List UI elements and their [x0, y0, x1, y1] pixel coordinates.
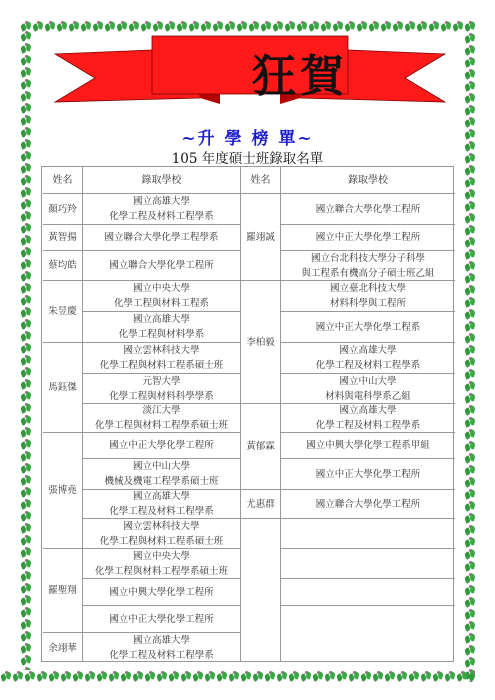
admitted-school-text: 化學工程與材料工程學系碩士班	[95, 418, 228, 433]
admitted-school: 國立中山大學材料與電科學系乙組	[281, 373, 455, 403]
admitted-school: 國立臺北科技大學材料科學與工程所	[281, 280, 455, 311]
holly-leaf-icon	[20, 66, 32, 78]
holly-leaf-icon	[20, 378, 32, 390]
table-title: 105 年度碩士班錄取名單	[0, 147, 495, 167]
admitted-school-text: 國立中興大學化學工程系甲組	[306, 438, 430, 453]
header-school-text: 錄取學校	[142, 173, 182, 188]
holly-leaf-icon	[312, 670, 324, 682]
admitted-school-text: 元智大學	[142, 374, 180, 389]
holly-leaf-icon	[20, 486, 32, 498]
header-school: 錄取學校	[281, 167, 455, 193]
admission-table: 姓名錄取學校姓名錄取學校顏巧羚國立高雄大學化學工程及材料工程學系黃智揚國立聯合大…	[41, 166, 454, 662]
holly-leaf-icon	[464, 416, 476, 428]
admitted-school: 國立中央大學化學工程與材料工程系	[83, 280, 240, 311]
holly-leaf-icon	[464, 320, 476, 332]
admitted-school-text: 機械及機電工程學系碩士班	[104, 474, 218, 489]
holly-leaf-icon	[240, 670, 252, 682]
holly-leaf-icon	[20, 318, 32, 330]
congratulations-ribbon-banner: 狂賀	[50, 30, 450, 110]
holly-leaf-icon	[192, 670, 204, 682]
holly-leaf-icon	[20, 642, 32, 654]
holly-leaf-icon	[180, 670, 192, 682]
holly-leaf-icon	[20, 234, 32, 246]
holly-leaf-icon	[20, 498, 32, 510]
student-name-text: 顏巧羚	[48, 202, 77, 217]
holly-leaf-icon	[20, 402, 32, 414]
holly-leaf-icon	[264, 670, 276, 682]
admitted-school: 國立中正大學化學工程所	[281, 224, 455, 250]
holly-leaf-icon	[20, 186, 32, 198]
student-name-text: 羅翊誠	[246, 230, 275, 245]
holly-leaf-icon	[20, 90, 32, 102]
admitted-school-text: 國立中興大學化學工程所	[109, 585, 214, 600]
holly-leaf-icon	[20, 354, 32, 366]
holly-leaf-icon	[464, 356, 476, 368]
holly-leaf-icon	[96, 670, 108, 682]
holly-leaf-icon	[20, 54, 32, 66]
holly-leaf-icon	[464, 284, 476, 296]
holly-leaf-icon	[452, 20, 464, 32]
admitted-school-text: 國立中正大學化學工程系	[316, 320, 421, 335]
admitted-school-text: 化學工程與材料科學學系	[109, 389, 214, 404]
header-school-text: 錄取學校	[348, 173, 388, 188]
holly-leaf-icon	[20, 366, 32, 378]
admitted-school-text: 國立聯合大學化學工程所	[109, 258, 214, 273]
admitted-school-text: 國立高雄大學	[133, 489, 190, 504]
holly-leaf-icon	[464, 296, 476, 308]
holly-leaf-icon	[464, 488, 476, 500]
holly-leaf-icon	[228, 670, 240, 682]
student-name: 黃郁霖	[241, 403, 280, 489]
holly-leaf-icon	[20, 294, 32, 306]
holly-leaf-icon	[144, 670, 156, 682]
student-name: 李柏毅	[241, 280, 280, 403]
student-name-text: 朱昱慶	[48, 304, 77, 319]
holly-leaf-icon	[464, 572, 476, 584]
holly-leaf-icon	[20, 582, 32, 594]
holly-leaf-icon	[20, 522, 32, 534]
holly-leaf-icon	[464, 560, 476, 572]
holly-leaf-icon	[20, 102, 32, 114]
student-name-text: 李柏毅	[246, 335, 275, 350]
holly-leaf-icon	[464, 536, 476, 548]
student-name: 朱昱慶	[43, 280, 82, 342]
page-subtitle: ~升 學 榜 單~	[0, 124, 495, 149]
header-school: 錄取學校	[83, 167, 240, 193]
student-name: 羅聖翔	[43, 548, 82, 632]
admitted-school-text: 國立聯合大學化學工程所	[316, 202, 421, 217]
header-name-text: 姓名	[53, 173, 73, 188]
student-name-text: 黃郁霖	[246, 439, 275, 454]
holly-leaf-icon	[464, 344, 476, 356]
holly-leaf-icon	[300, 670, 312, 682]
admitted-school: 國立中正大學化學工程所	[83, 432, 240, 458]
admitted-school-text: 與工程系有機高分子碩士班乙組	[301, 266, 434, 281]
admitted-school: 元智大學化學工程與材料科學學系	[83, 373, 240, 403]
holly-border-bottom	[0, 670, 475, 682]
admitted-school-text: 化學工程與材料工程系碩士班	[100, 534, 224, 549]
admitted-school-text: 國立中正大學化學工程所	[109, 612, 214, 627]
admitted-school: 國立雲林科技大學化學工程與材料工程系碩士班	[83, 518, 240, 548]
holly-leaf-icon	[464, 80, 476, 92]
admitted-school: 國立中央大學化學工程與材料工程學系碩士班	[83, 548, 240, 578]
admitted-school	[281, 605, 455, 632]
admitted-school-text: 材料科學與工程所	[330, 296, 406, 311]
student-name: 蔡均皓	[43, 250, 82, 280]
admitted-school-text: 國立高雄大學	[339, 343, 396, 358]
holly-leaf-icon	[168, 670, 180, 682]
admitted-school: 國立雲林科技大學化學工程與材料工程系碩士班	[83, 342, 240, 373]
admitted-school	[281, 578, 455, 605]
holly-leaf-icon	[464, 584, 476, 596]
holly-leaf-icon	[464, 332, 476, 344]
admitted-school: 國立中正大學化學工程所	[281, 458, 455, 489]
holly-leaf-icon	[60, 670, 72, 682]
student-name-text: 尤惠群	[246, 497, 275, 512]
holly-leaf-icon	[20, 246, 32, 258]
holly-leaf-icon	[464, 212, 476, 224]
holly-leaf-icon	[20, 174, 32, 186]
admitted-school: 國立高雄大學化學工程及材料工程學系	[83, 632, 240, 663]
admitted-school-text: 國立聯合大學化學工程所	[316, 497, 421, 512]
holly-leaf-icon	[464, 620, 476, 632]
holly-leaf-icon	[464, 452, 476, 464]
holly-leaf-icon	[120, 670, 132, 682]
holly-leaf-icon	[20, 606, 32, 618]
holly-leaf-icon	[20, 306, 32, 318]
holly-leaf-icon	[20, 570, 32, 582]
student-name-text: 羅聖翔	[48, 583, 77, 598]
admitted-school: 國立中興大學化學工程系甲組	[281, 432, 455, 458]
holly-leaf-icon	[464, 272, 476, 284]
admitted-school-text: 化學工程與材料學系	[119, 327, 205, 342]
holly-leaf-icon	[464, 404, 476, 416]
admitted-school: 國立中正大學化學工程系	[281, 311, 455, 342]
admitted-school-text: 國立中央大學	[133, 281, 190, 296]
admitted-school-text: 國立高雄大學	[133, 633, 190, 648]
student-name-text: 蔡均皓	[48, 258, 77, 273]
admitted-school-text: 國立中山大學	[339, 374, 396, 389]
admitted-school: 國立聯合大學化學工程學系	[83, 224, 240, 250]
holly-leaf-icon	[464, 524, 476, 536]
holly-leaf-icon	[252, 670, 264, 682]
admitted-school-text: 化學工程與材料工程系碩士班	[100, 358, 224, 373]
admitted-school-text: 化學工程與材料工程學系碩士班	[95, 564, 228, 579]
holly-leaf-icon	[20, 474, 32, 486]
holly-leaf-icon	[20, 78, 32, 90]
holly-leaf-icon	[464, 176, 476, 188]
holly-leaf-icon	[20, 594, 32, 606]
holly-leaf-icon	[464, 236, 476, 248]
holly-leaf-icon	[348, 670, 360, 682]
admitted-school: 淡江大學化學工程與材料工程學系碩士班	[83, 403, 240, 432]
holly-leaf-icon	[464, 44, 476, 56]
holly-leaf-icon	[20, 258, 32, 270]
holly-border-right	[464, 20, 476, 682]
holly-leaf-icon	[20, 630, 32, 642]
holly-leaf-icon	[360, 670, 372, 682]
admitted-school-text: 國立臺北科技大學	[330, 281, 406, 296]
admitted-school-text: 化學工程及材料工程學系	[109, 648, 214, 663]
student-name: 馬鈺傑	[43, 342, 82, 432]
holly-leaf-icon	[456, 670, 468, 682]
holly-leaf-icon	[20, 282, 32, 294]
holly-leaf-icon	[276, 670, 288, 682]
holly-leaf-icon	[20, 330, 32, 342]
holly-leaf-icon	[20, 42, 32, 54]
holly-leaf-icon	[464, 104, 476, 116]
holly-leaf-icon	[20, 534, 32, 546]
holly-leaf-icon	[20, 450, 32, 462]
admitted-school-text: 國立中正大學化學工程所	[316, 467, 421, 482]
holly-leaf-icon	[464, 656, 476, 668]
holly-leaf-icon	[0, 670, 12, 682]
holly-leaf-icon	[420, 670, 432, 682]
admitted-school-text: 國立聯合大學化學工程學系	[104, 230, 218, 245]
admitted-school	[281, 548, 455, 578]
admitted-school-text: 國立雲林科技大學	[123, 519, 199, 534]
holly-leaf-icon	[20, 390, 32, 402]
holly-leaf-icon	[464, 188, 476, 200]
student-name: 黃智揚	[43, 224, 82, 250]
admitted-school: 國立台北科技大學分子科學與工程系有機高分子碩士班乙組	[281, 250, 455, 280]
holly-leaf-icon	[464, 92, 476, 104]
header-name: 姓名	[43, 167, 82, 193]
student-name: 羅翊誠	[241, 193, 280, 280]
student-name-text: 余翊華	[48, 641, 77, 656]
admitted-school: 國立高雄大學化學工程及材料工程學系	[281, 403, 455, 432]
holly-leaf-icon	[216, 670, 228, 682]
holly-leaf-icon	[464, 512, 476, 524]
admitted-school-text: 國立雲林科技大學	[123, 343, 199, 358]
holly-leaf-icon	[444, 670, 456, 682]
student-name: 余翊華	[43, 632, 82, 663]
holly-leaf-icon	[336, 670, 348, 682]
holly-leaf-icon	[108, 670, 120, 682]
holly-leaf-icon	[464, 596, 476, 608]
admitted-school: 國立聯合大學化學工程所	[83, 250, 240, 280]
holly-leaf-icon	[156, 670, 168, 682]
admitted-school-text: 國立高雄大學	[133, 194, 190, 209]
holly-leaf-icon	[464, 500, 476, 512]
student-name-text: 張博堯	[48, 483, 77, 498]
admitted-school-text: 化學工程與材料工程系	[114, 296, 209, 311]
holly-leaf-icon	[464, 260, 476, 272]
student-name: 顏巧羚	[43, 193, 82, 224]
holly-leaf-icon	[464, 632, 476, 644]
admitted-school: 國立高雄大學化學工程與材料學系	[83, 311, 240, 342]
holly-leaf-icon	[20, 558, 32, 570]
holly-leaf-icon	[20, 654, 32, 666]
admitted-school-text: 材料與電科學系乙組	[325, 389, 411, 404]
admitted-school: 國立中正大學化學工程所	[83, 605, 240, 632]
holly-leaf-icon	[20, 270, 32, 282]
holly-leaf-icon	[464, 608, 476, 620]
holly-leaf-icon	[464, 440, 476, 452]
holly-leaf-icon	[20, 546, 32, 558]
holly-leaf-icon	[464, 308, 476, 320]
holly-leaf-icon	[464, 368, 476, 380]
admitted-school	[281, 518, 455, 548]
holly-leaf-icon	[20, 198, 32, 210]
holly-leaf-icon	[464, 224, 476, 236]
holly-leaf-icon	[204, 670, 216, 682]
holly-leaf-icon	[32, 20, 44, 32]
holly-leaf-icon	[384, 670, 396, 682]
student-name-text: 黃智揚	[48, 230, 77, 245]
holly-leaf-icon	[20, 342, 32, 354]
holly-leaf-icon	[20, 30, 32, 42]
admitted-school-text: 國立中山大學	[133, 459, 190, 474]
student-name	[241, 518, 280, 632]
admitted-school-text: 國立高雄大學	[133, 312, 190, 327]
holly-leaf-icon	[20, 210, 32, 222]
admitted-school-text: 國立中正大學化學工程所	[109, 438, 214, 453]
holly-leaf-icon	[408, 670, 420, 682]
holly-leaf-icon	[464, 32, 476, 44]
student-name: 張博堯	[43, 432, 82, 548]
holly-leaf-icon	[288, 670, 300, 682]
holly-leaf-icon	[464, 548, 476, 560]
admitted-school: 國立高雄大學化學工程及材料工程學系	[83, 193, 240, 224]
admitted-school: 國立高雄大學化學工程及材料工程學系	[281, 342, 455, 373]
holly-leaf-icon	[20, 618, 32, 630]
holly-leaf-icon	[372, 670, 384, 682]
admitted-school-text: 國立中央大學	[133, 549, 190, 564]
holly-leaf-icon	[464, 56, 476, 68]
student-name-text: 馬鈺傑	[48, 380, 77, 395]
admitted-school-text: 國立中正大學化學工程所	[316, 230, 421, 245]
holly-leaf-icon	[36, 670, 48, 682]
holly-leaf-icon	[84, 670, 96, 682]
holly-leaf-icon	[20, 414, 32, 426]
holly-leaf-icon	[468, 670, 475, 682]
holly-leaf-icon	[12, 670, 24, 682]
header-name-text: 姓名	[251, 173, 271, 188]
holly-leaf-icon	[396, 670, 408, 682]
holly-leaf-icon	[464, 380, 476, 392]
admitted-school-text: 化學工程及材料工程學系	[109, 209, 214, 224]
student-name: 尤惠群	[241, 489, 280, 518]
holly-leaf-icon	[72, 670, 84, 682]
banner-title: 狂賀	[200, 40, 400, 104]
holly-leaf-icon	[464, 644, 476, 656]
holly-leaf-icon	[464, 464, 476, 476]
holly-leaf-icon	[464, 248, 476, 260]
admitted-school-text: 淡江大學	[142, 403, 180, 418]
holly-leaf-icon	[20, 510, 32, 522]
admitted-school: 國立中興大學化學工程所	[83, 578, 240, 605]
holly-leaf-icon	[464, 20, 476, 32]
admitted-school-text: 國立台北科技大學分子科學	[311, 251, 425, 266]
admitted-school-text: 化學工程及材料工程學系	[109, 504, 214, 519]
admitted-school: 國立中山大學機械及機電工程學系碩士班	[83, 458, 240, 489]
admitted-school: 國立聯合大學化學工程所	[281, 489, 455, 518]
holly-leaf-icon	[132, 670, 144, 682]
holly-leaf-icon	[20, 426, 32, 438]
holly-leaf-icon	[464, 428, 476, 440]
holly-leaf-icon	[464, 392, 476, 404]
holly-leaf-icon	[464, 476, 476, 488]
holly-leaf-icon	[464, 68, 476, 80]
holly-leaf-icon	[432, 670, 444, 682]
holly-leaf-icon	[464, 200, 476, 212]
holly-leaf-icon	[324, 670, 336, 682]
header-name: 姓名	[241, 167, 280, 193]
holly-leaf-icon	[20, 438, 32, 450]
admitted-school-text: 國立高雄大學	[339, 403, 396, 418]
admitted-school: 國立聯合大學化學工程所	[281, 193, 455, 224]
holly-leaf-icon	[24, 670, 36, 682]
admitted-school: 國立高雄大學化學工程及材料工程學系	[83, 489, 240, 518]
holly-leaf-icon	[20, 462, 32, 474]
admitted-school-text: 化學工程及材料工程學系	[316, 418, 421, 433]
holly-leaf-icon	[48, 670, 60, 682]
holly-leaf-icon	[20, 222, 32, 234]
admitted-school-text: 化學工程及材料工程學系	[316, 358, 421, 373]
